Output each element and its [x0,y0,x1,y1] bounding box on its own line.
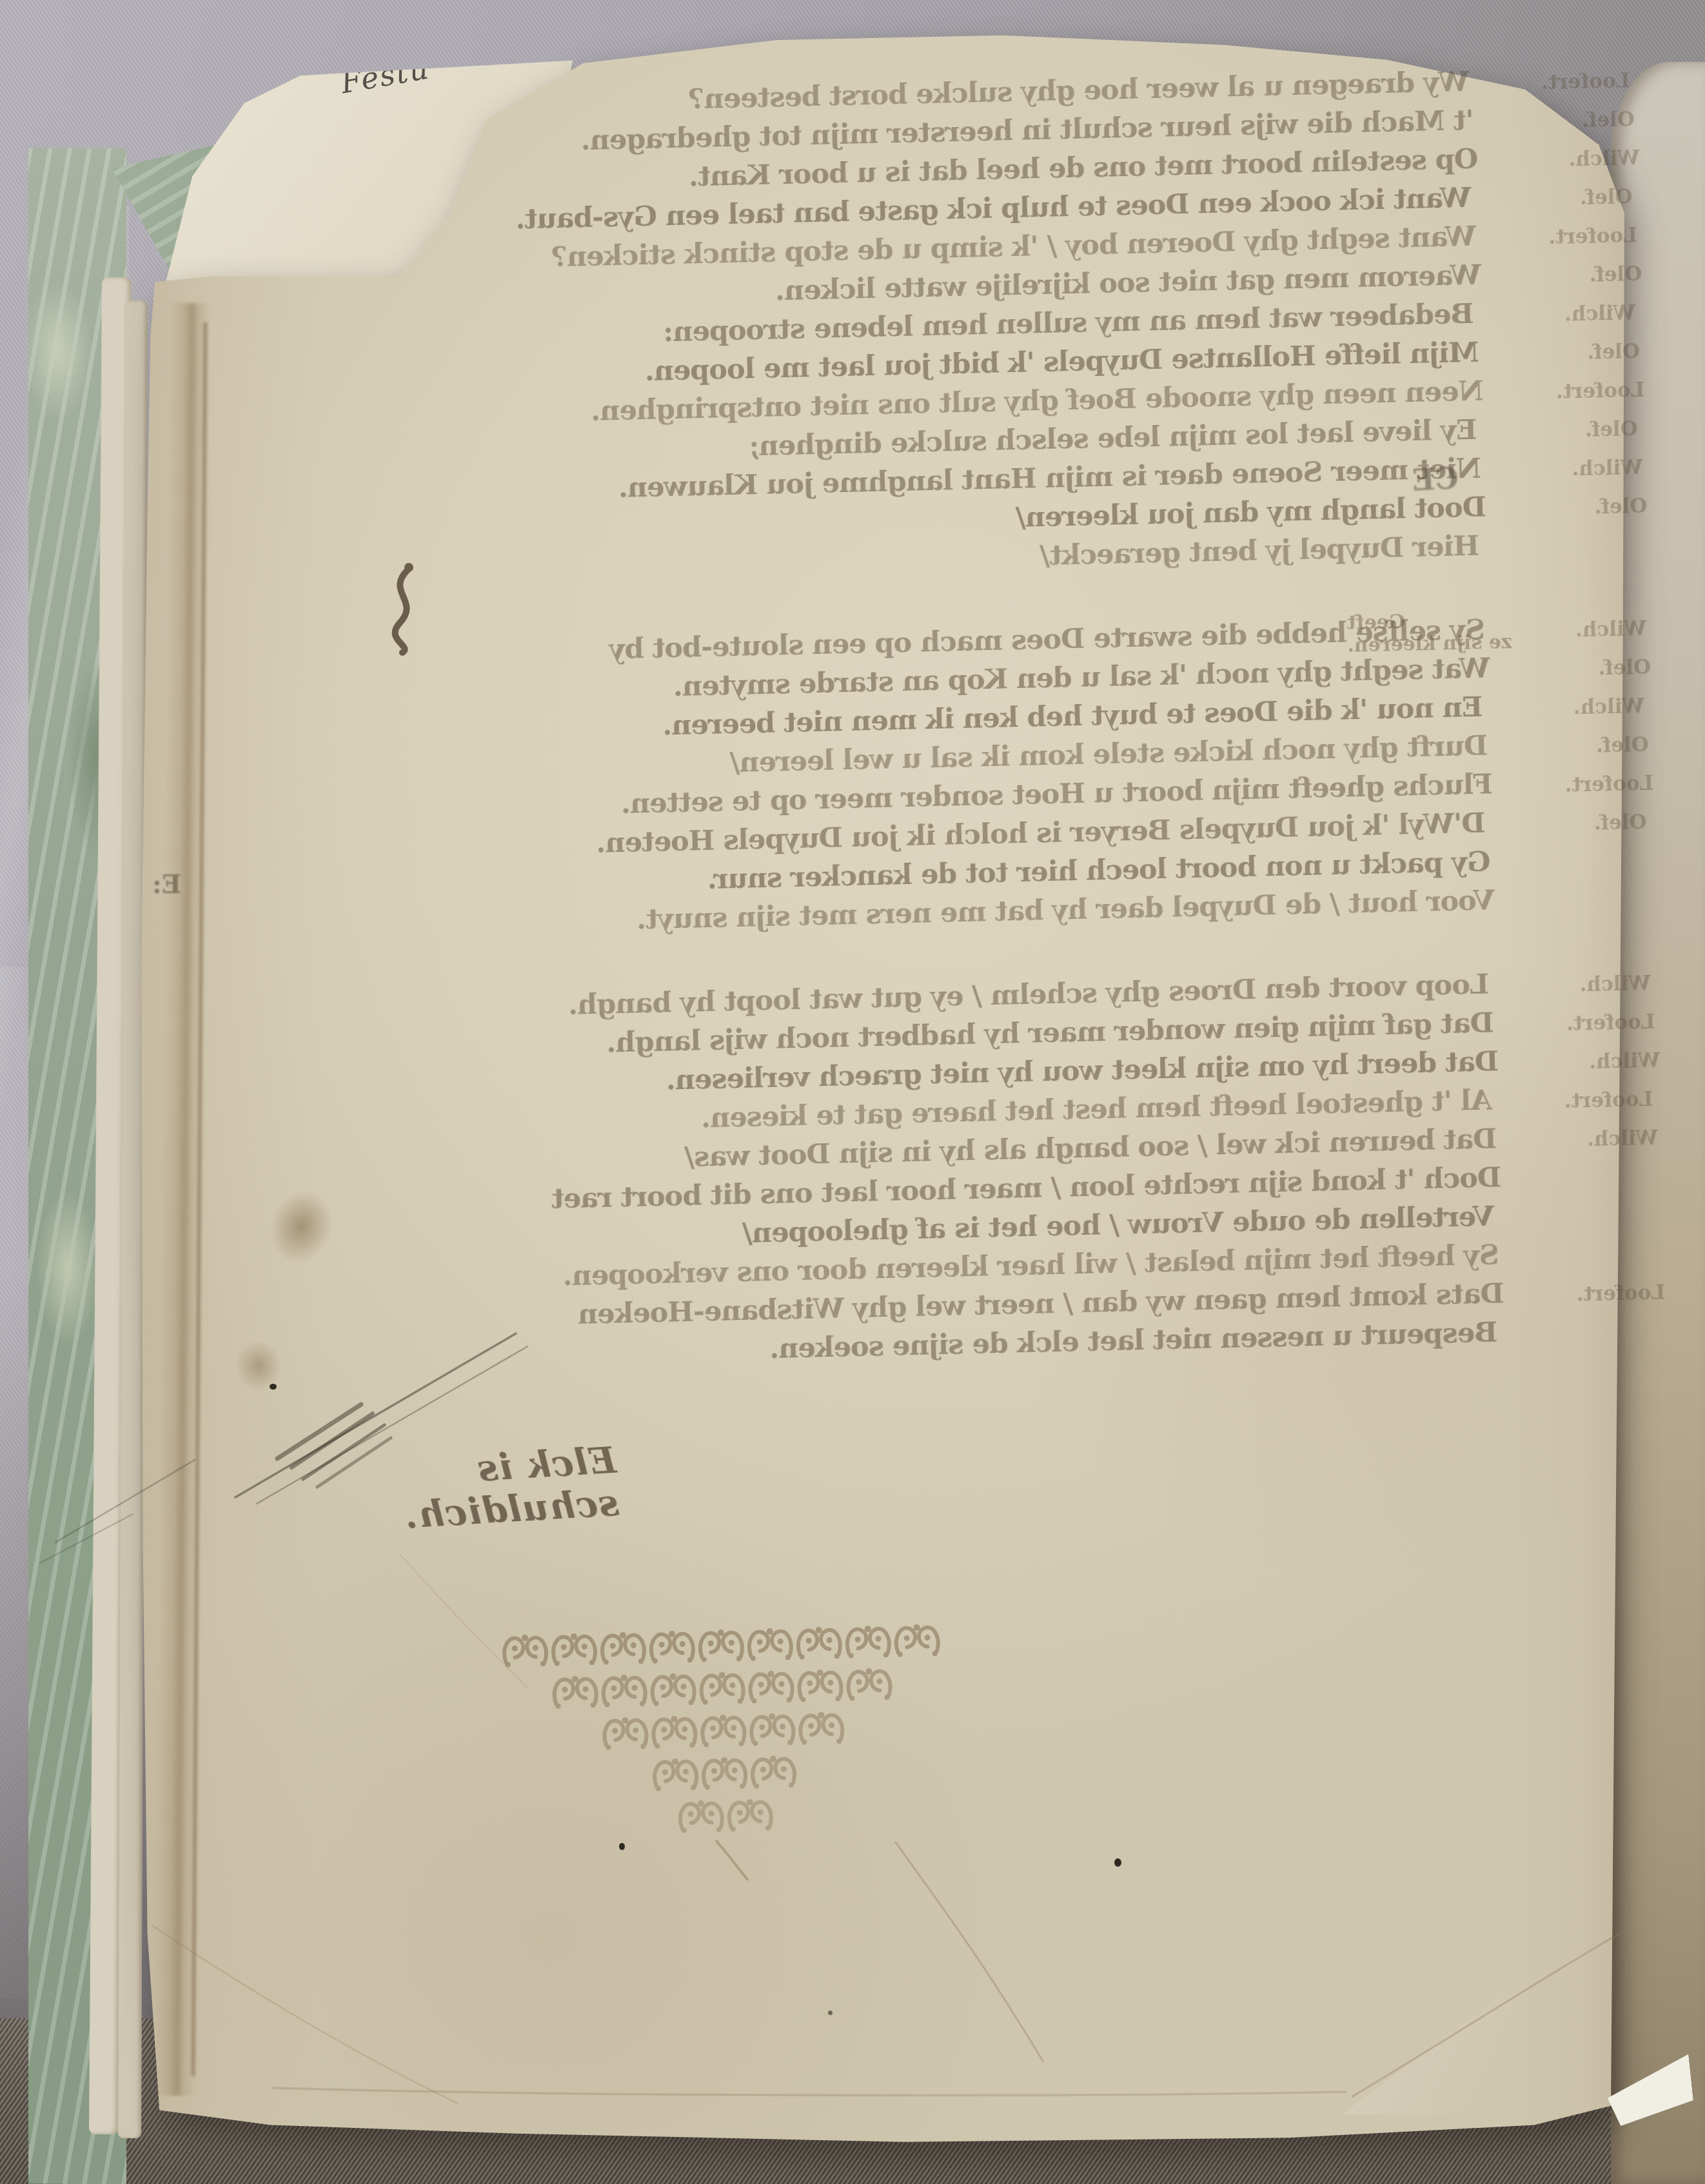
speaker-label: Olef. [1575,185,1633,210]
speaker-label-column: Olef. [1472,185,1633,212]
fleuron-ornament [445,1607,1000,1884]
speaker-label: Wilch. [1568,694,1644,720]
fleuron-unit [848,1668,891,1701]
ink-speck [828,2011,833,2015]
fleuron-unit [753,1755,795,1789]
fleuron-unit [652,1673,695,1706]
speaker-label: Wilch. [1584,1049,1661,1074]
speaker-label-column: Olef. [1486,495,1648,522]
speaker-label: Wilch. [1574,972,1651,997]
fleuron-unit [751,1713,794,1746]
fleuron-unit [603,1674,646,1707]
speaker-label-column: Wilch. [1489,972,1651,999]
speaker-label: Loofert. [1560,772,1654,797]
speaker-label-column: Loofert. [1492,772,1654,799]
fleuron-unit [847,1625,889,1658]
speaker-label-column: Wilch. [1483,694,1645,722]
speaker-label-column [1495,1222,1656,1226]
fleuron-unit [800,1711,843,1745]
speaker-label-column: Olef. [1477,417,1639,444]
fleuron-unit [700,1629,742,1662]
speaker-label-column: Wilch. [1478,146,1640,173]
speaker-label-column [1491,867,1652,871]
play-title-phrase: Elck is schuldich. [270,1450,618,1535]
speaker-label-column: Olef. [1488,733,1650,760]
speaker-label: Wilch. [1563,146,1640,172]
fleuron-unit [655,1758,697,1791]
speaker-label-column [1495,906,1657,910]
speaker-label: Loofert. [1543,224,1637,249]
speaker-label-column: Loofert. [1494,1010,1656,1038]
fleuron-unit [749,1628,791,1661]
speaker-label-column [1502,1183,1663,1187]
fleuron-unit [702,1714,745,1747]
fleuron-unit [651,1630,693,1664]
fleuron-unit [704,1756,746,1790]
stage-direction-fragment: Geeft ze sijn kleeren. [1346,608,1512,657]
fleuron-unit [896,1624,938,1657]
speaker-label-column: Olef. [1486,811,1648,838]
speaker-label-column [1499,1261,1661,1264]
fleuron-unit [680,1800,722,1833]
fleuron-unit [799,1669,842,1702]
speaker-label: Olef. [1589,811,1647,835]
fleuron-unit [553,1633,595,1666]
speaker-label: Loofert. [1536,69,1630,94]
speaker-label-column: Wilch. [1499,1049,1661,1076]
mirrored-text-block: Wy draegen u al weer hoe ghy sulcke bors… [188,0,1666,1509]
fleuron-unit [750,1670,793,1704]
fleuron-unit [602,1631,644,1665]
fleuron-unit [653,1715,696,1749]
speaker-label: Olef. [1591,733,1649,758]
speaker-label-column: Loofert. [1476,224,1638,251]
speaker-label-column: Wilch. [1497,1126,1659,1154]
speaker-label-column: Olef. [1473,108,1635,135]
speaker-label: Olef. [1580,417,1638,442]
speaker-label: Olef. [1584,262,1642,287]
speaker-label-column: Wilch. [1481,456,1643,483]
ink-speck [619,1843,625,1850]
speaker-label-column: Olef. [1490,656,1651,683]
fleuron-unit [604,1717,647,1750]
speaker-label: Olef. [1582,340,1640,364]
ink-speck [270,1384,277,1390]
speaker-label-column: Olef. [1481,262,1642,290]
speaker-label-column: Loofert. [1492,1088,1653,1115]
speaker-label: Olef. [1593,656,1651,680]
fleuron-unit [798,1626,840,1660]
speaker-label: Olef. [1577,108,1635,132]
fleuron-unit [504,1634,546,1668]
speaker-label-column: Loofert. [1483,379,1645,406]
fleuron-unit [701,1671,744,1705]
speaker-label: Wilch. [1582,1126,1659,1152]
speaker-label-column [1480,551,1641,555]
fleuron-unit [729,1798,771,1832]
speaker-label: Loofert. [1551,379,1645,404]
speaker-label: Olef. [1590,495,1648,519]
stage-direction-line: ze sijn kleeren. [1347,631,1512,657]
showthrough-capital-fragment: CE [1412,460,1459,498]
speaker-label: Wilch. [1559,301,1636,326]
speaker-label: Loofert. [1561,1010,1655,1036]
stage-direction-line: Geeft [1346,608,1512,635]
ink-speck [1114,1858,1121,1867]
speaker-label-column: Wilch. [1474,301,1636,328]
speaker-label-column: Loofert. [1504,1281,1666,1308]
fleuron-unit [554,1675,596,1709]
speaker-label: Wilch. [1570,617,1647,642]
speaker-label: Loofert. [1571,1281,1665,1306]
speaker-label: Loofert. [1559,1088,1653,1113]
showthrough-edge-fragment: E: [152,869,181,900]
play-title-text: Elck is schuldich. [267,1439,620,1546]
speaker-label: Wilch. [1566,456,1643,481]
speaker-label-column [1497,1338,1659,1342]
speaker-label-column: Olef. [1479,340,1641,367]
speaker-label-column: Loofert. [1469,69,1631,96]
